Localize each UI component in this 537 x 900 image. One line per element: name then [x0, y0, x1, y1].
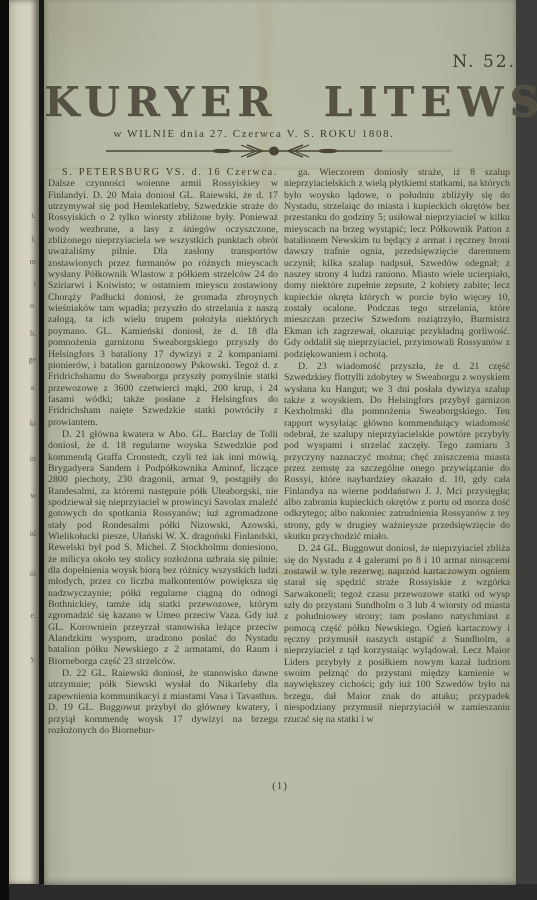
margin-text-fragment: o. — [30, 302, 36, 310]
scan-background-bottom — [0, 884, 537, 900]
article-text: Dalsze czynności woienne armii Rossyiski… — [48, 178, 278, 427]
article-paragraph: S. PETERSBURG VS. d. 16 Czerwca. Dalsze … — [48, 167, 278, 428]
adjacent-page-edge: t. ł. m i o. h. ge a. ki in w id ói e. y… — [9, 0, 39, 884]
margin-text-fragment: in — [30, 455, 36, 463]
binding-edge — [0, 0, 9, 900]
margin-text-fragment: y. — [31, 655, 36, 663]
article-paragraph: D. 24 GL. Buggowut doniosł, że nieprzyia… — [284, 543, 510, 725]
right-column: ga. Wieczorem doniosły straże, iż 8 szal… — [284, 167, 510, 787]
newspaper-title: KURYER LITEWSKI — [44, 78, 460, 126]
newspaper-page: N. 52. KURYER LITEWSKI w WILNIE dnia 27.… — [44, 0, 516, 885]
article-heading: S. PETERSBURG VS. d. 16 Czerwca. — [62, 167, 278, 178]
margin-text-fragment: id — [30, 530, 36, 538]
margin-text-fragment: e. — [30, 612, 36, 620]
page-number: (1) — [240, 780, 320, 792]
margin-text-fragment: t. — [32, 212, 36, 220]
article-paragraph: D. 21 główna kwatera w Abo. GL. Barclay … — [48, 429, 278, 667]
margin-text-fragment: ł. — [32, 236, 36, 244]
margin-text-fragment: ge — [28, 356, 36, 364]
margin-text-fragment: ki — [30, 420, 36, 428]
margin-text-fragment: h. — [30, 330, 36, 338]
issue-number: N. 52. — [424, 52, 516, 72]
left-column: S. PETERSBURG VS. d. 16 Czerwca. Dalsze … — [48, 167, 278, 787]
margin-text-fragment: ói — [30, 570, 36, 578]
scan-background-right — [515, 0, 537, 900]
article-paragraph: D. 23 wiadomość przyszła, że d. 21 część… — [284, 361, 510, 543]
margin-text-fragment: w — [30, 492, 36, 500]
dateline: w WILNIE dnia 27. Czerwca V. S. ROKU 180… — [44, 128, 464, 140]
arrow-divider-ornament — [104, 143, 456, 159]
margin-text-fragment: m — [30, 258, 36, 266]
newspaper-scan: { "masthead": { "issue_number": "N. 52."… — [0, 0, 537, 900]
margin-text-fragment: a. — [30, 384, 36, 392]
margin-text-fragment: i — [34, 280, 36, 288]
article-paragraph: D. 22 GL. Raiewski doniosł, że stanowisk… — [48, 668, 278, 736]
article-paragraph: ga. Wieczorem doniosły straże, iż 8 szal… — [284, 167, 510, 360]
